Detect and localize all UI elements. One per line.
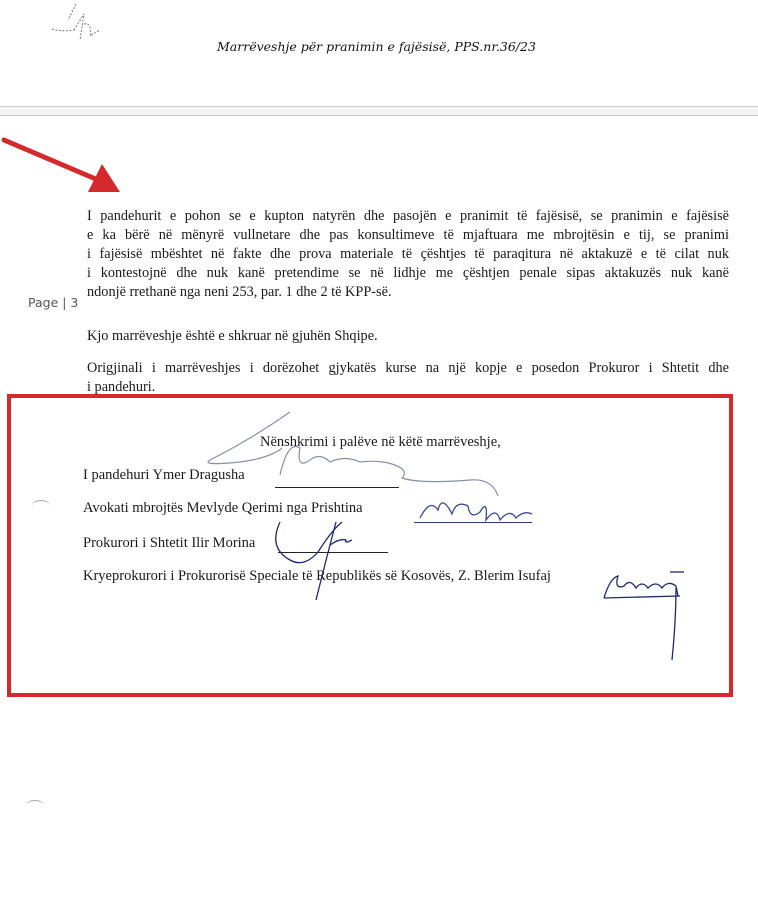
paragraph-line: i fajësisë mbështet në fakte dhe prova m…: [87, 245, 729, 264]
page-number-label: Page | 3: [28, 295, 78, 310]
document-header-title: Marrëveshje për pranimin e fajësisë, PPS…: [217, 39, 536, 54]
initials-mark-icon: [48, 2, 118, 50]
signatory-defense-lawyer: Avokati mbrojtës Mevlyde Qerimi nga Pris…: [83, 500, 363, 517]
paragraph-line: i kontestojnë dhe nuk kanë pretendime se…: [87, 264, 729, 283]
page-separator: [0, 106, 758, 116]
signatory-chief-prosecutor: Kryeprokurori i Prokurorisë Speciale të …: [83, 568, 551, 585]
original-copy-paragraph: Origjinali i marrëveshjes i dorëzohet gj…: [87, 359, 729, 397]
signatures-heading: Nënshkrimi i palëve në këtë marrëveshje,: [260, 434, 501, 451]
language-paragraph: Kjo marrëveshje është e shkruar në gjuhë…: [87, 327, 729, 346]
signature-line-prosecutor: [278, 552, 388, 553]
admission-paragraph: I pandehurit e pohon se e kupton natyrën…: [87, 207, 729, 302]
signature-line-lawyer: [414, 522, 532, 523]
scan-artifact-mark: [32, 500, 50, 511]
red-arrow-icon: [0, 130, 130, 200]
signature-line-defendant: [275, 487, 399, 488]
paragraph-line: Origjinali i marrëveshjes i dorëzohet gj…: [87, 359, 729, 378]
paragraph-line: e ka bërë në mënyrë vullnetare dhe pas k…: [87, 226, 729, 245]
paragraph-line: I pandehurit e pohon se e kupton natyrën…: [87, 207, 729, 226]
scan-artifact-mark: [26, 800, 44, 811]
paragraph-line: ndonjë rrethanë nga neni 253, par. 1 dhe…: [87, 283, 729, 302]
signatory-state-prosecutor: Prokurori i Shtetit Ilir Morina: [83, 535, 255, 552]
signatory-defendant: I pandehuri Ymer Dragusha: [83, 467, 245, 484]
